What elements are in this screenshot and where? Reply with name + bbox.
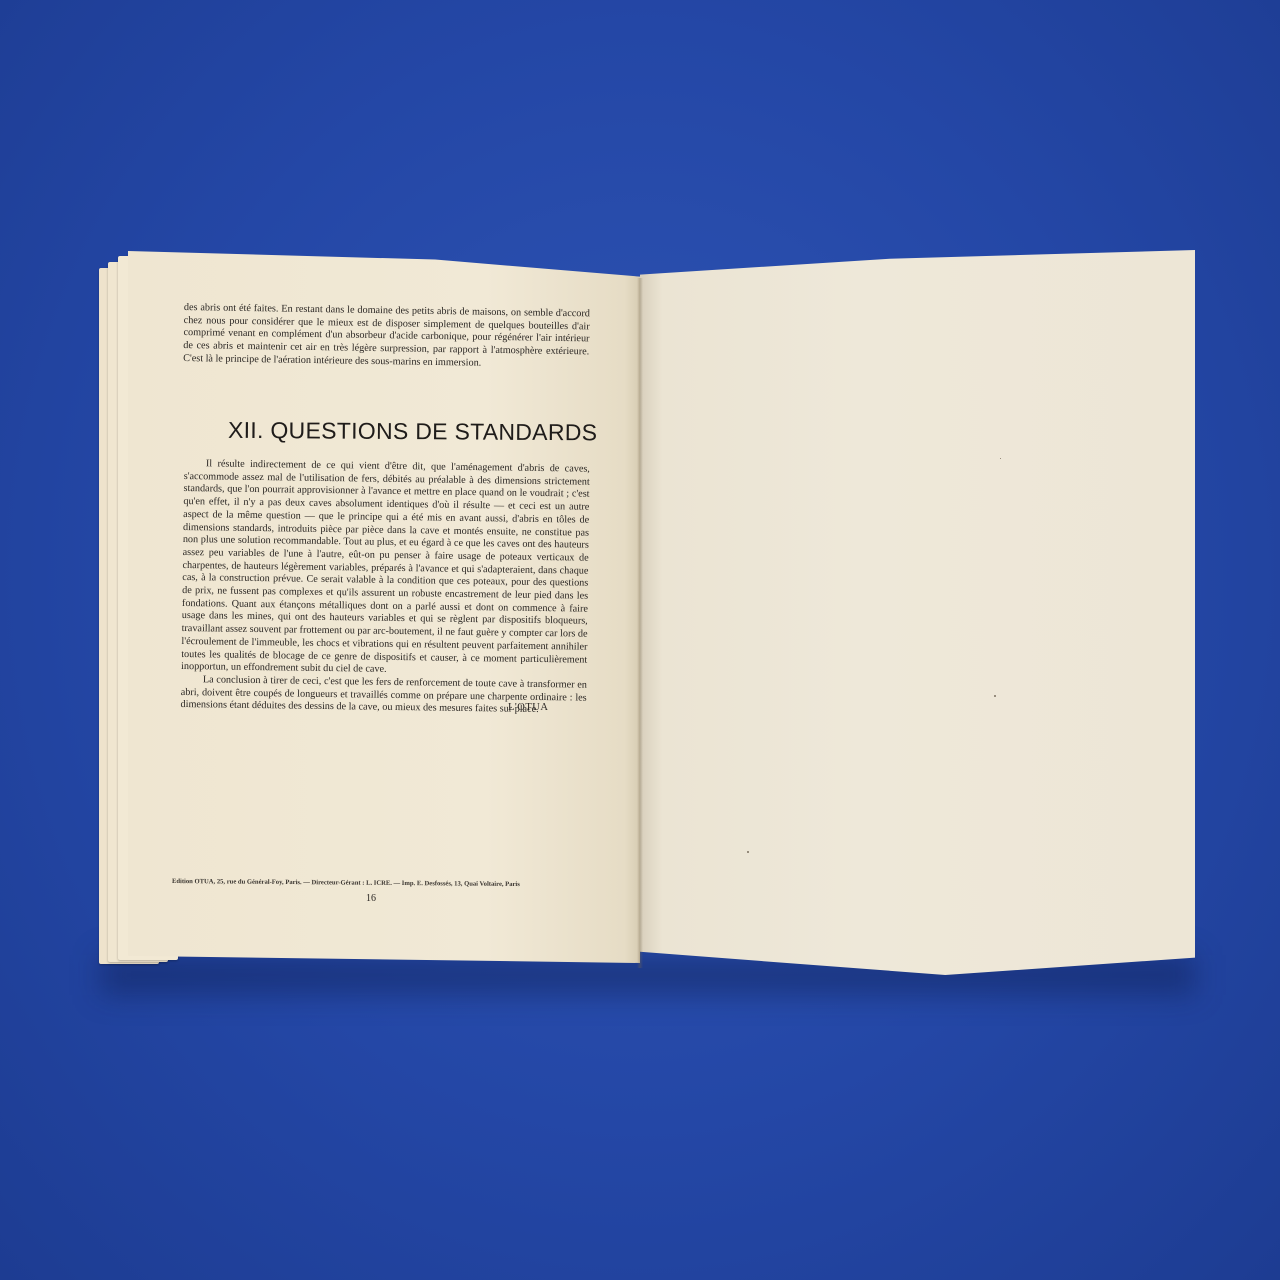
- chapter-body: Il résulte indirectement de ce qui vient…: [180, 458, 590, 718]
- paper-speck: [1000, 458, 1001, 459]
- continued-paragraph: des abris ont été faites. En restant dan…: [183, 302, 590, 372]
- continued-text: des abris ont été faites. En restant dan…: [183, 302, 590, 372]
- chapter-title: XII. QUESTIONS DE STANDARDS: [228, 417, 568, 446]
- right-page-blank: [640, 250, 1195, 975]
- author-signature: L'OTUA: [508, 702, 548, 713]
- paper-speck: [747, 851, 749, 853]
- book-gutter: [637, 278, 643, 968]
- body-paragraph-1: Il résulte indirectement de ce qui vient…: [181, 458, 590, 680]
- page-number: 16: [366, 893, 376, 904]
- paper-speck: [994, 695, 996, 697]
